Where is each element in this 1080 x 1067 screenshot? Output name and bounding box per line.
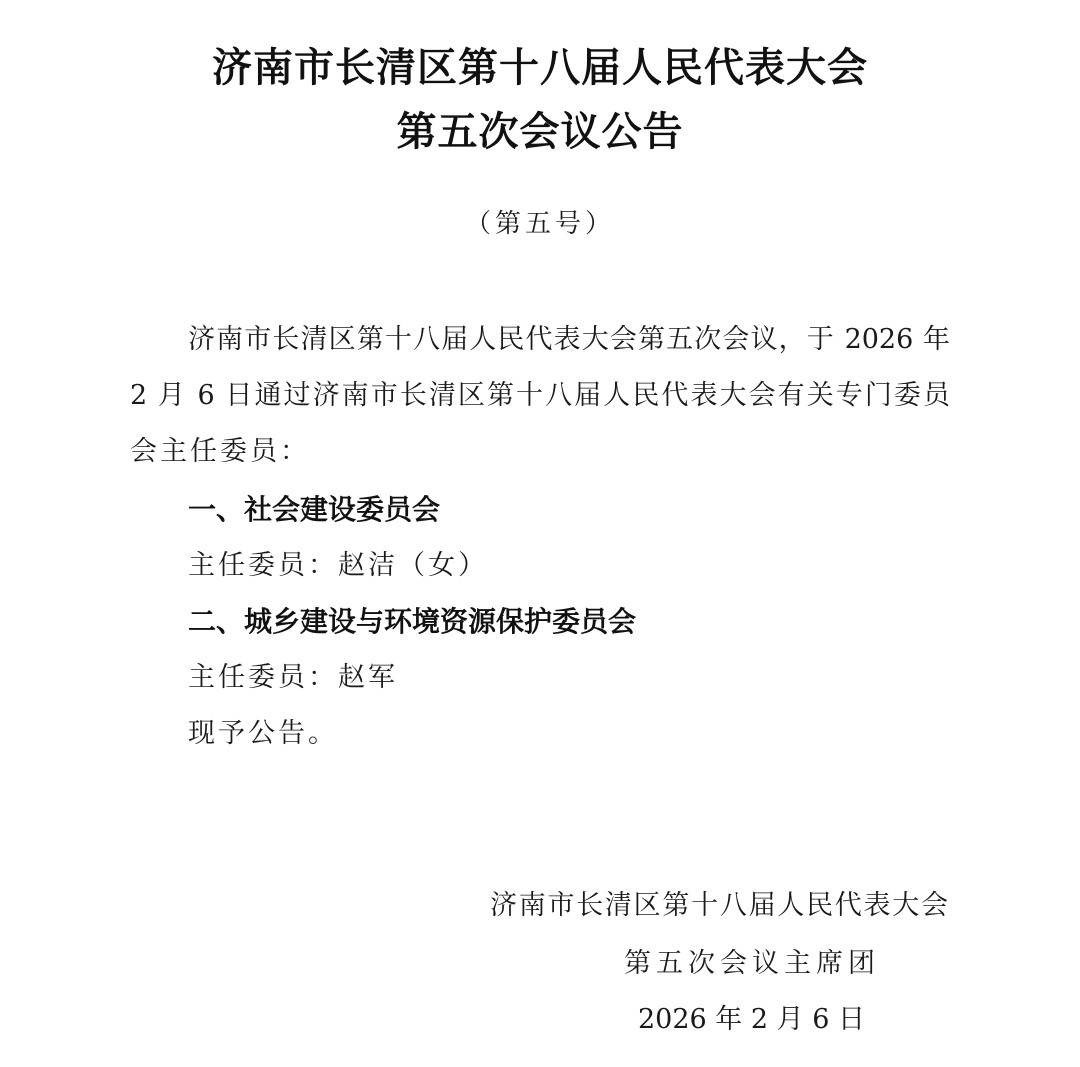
director-label: 主任委员： bbox=[188, 550, 338, 581]
document-title-line-1: 济南市长清区第十八届人民代表大会 bbox=[0, 48, 1080, 88]
director-name: 赵军 bbox=[338, 662, 398, 693]
closing-statement: 现予公告。 bbox=[188, 720, 338, 747]
committee-heading: 一、社会建设委员会 bbox=[188, 496, 440, 524]
paragraph-line-1: 济南市长清区第十八届人民代表大会第五次会议，于 2026 年 bbox=[188, 326, 950, 353]
signature-organization-line-2: 第五次会议主席团 bbox=[624, 950, 880, 977]
paragraph-line-2: 2 月 6 日通过济南市长清区第十八届人民代表大会有关专门委员 bbox=[130, 382, 950, 409]
signature-organization-line-1: 济南市长清区第十八届人民代表大会 bbox=[490, 892, 948, 919]
document-title-line-2: 第五次会议公告 bbox=[0, 112, 1080, 152]
paragraph-line-3: 会主任委员： bbox=[130, 438, 950, 465]
document-number: （第五号） bbox=[0, 211, 1080, 237]
signature-date: 2026 年 2 月 6 日 bbox=[638, 1006, 865, 1033]
director-name: 赵洁（女） bbox=[338, 550, 488, 581]
director-line: 主任委员：赵洁（女） bbox=[188, 552, 488, 579]
committee-heading: 二、城乡建设与环境资源保护委员会 bbox=[188, 608, 636, 636]
director-line: 主任委员：赵军 bbox=[188, 664, 398, 691]
director-label: 主任委员： bbox=[188, 662, 338, 693]
